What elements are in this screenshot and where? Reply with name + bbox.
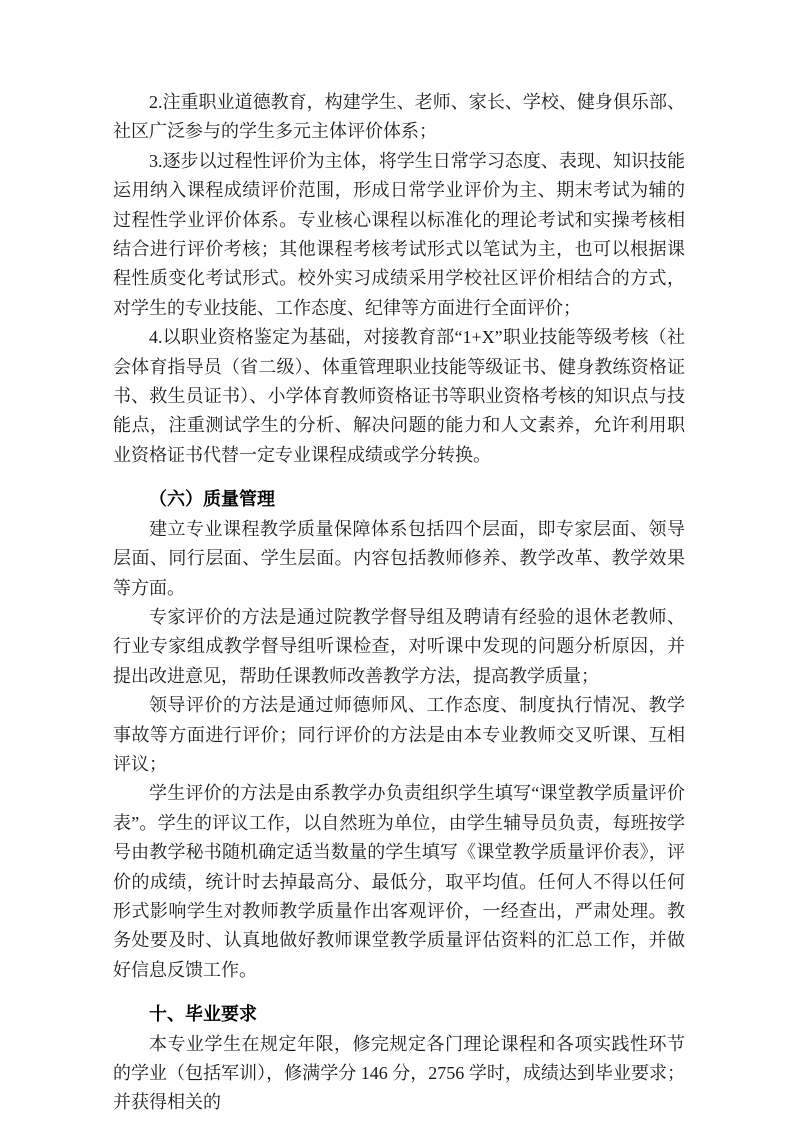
document-body: 2.注重职业道德教育，构建学生、老师、家长、学校、健身俱乐部、社区广泛参与的学生… [113, 88, 685, 1118]
paragraph: 2.注重职业道德教育，构建学生、老师、家长、学校、健身俱乐部、社区广泛参与的学生… [113, 88, 685, 147]
paragraph: 专家评价的方法是通过院教学督导组及聘请有经验的退休老教师、行业专家组成教学督导组… [113, 603, 685, 691]
paragraph: 4.以职业资格鉴定为基础，对接教育部“1+X”职业技能等级考核（社会体育指导员（… [113, 323, 685, 470]
section-heading: （六）质量管理 [113, 485, 685, 514]
paragraph: 学生评价的方法是由系教学办负责组织学生填写“课堂教学质量评价表”。学生的评议工作… [113, 779, 685, 985]
paragraph: 本专业学生在规定年限，修完规定各门理论课程和各项实践性环节的学业（包括军训），修… [113, 1030, 685, 1118]
document-page: 2.注重职业道德教育，构建学生、老师、家长、学校、健身俱乐部、社区广泛参与的学生… [0, 0, 793, 1122]
section-heading: 十、毕业要求 [113, 1000, 685, 1029]
paragraph: 3.逐步以过程性评价为主体，将学生日常学习态度、表现、知识技能运用纳入课程成绩评… [113, 147, 685, 323]
paragraph: 建立专业课程教学质量保障体系包括四个层面，即专家层面、领导层面、同行层面、学生层… [113, 515, 685, 603]
paragraph: 领导评价的方法是通过师德师风、工作态度、制度执行情况、教学事故等方面进行评价；同… [113, 691, 685, 779]
